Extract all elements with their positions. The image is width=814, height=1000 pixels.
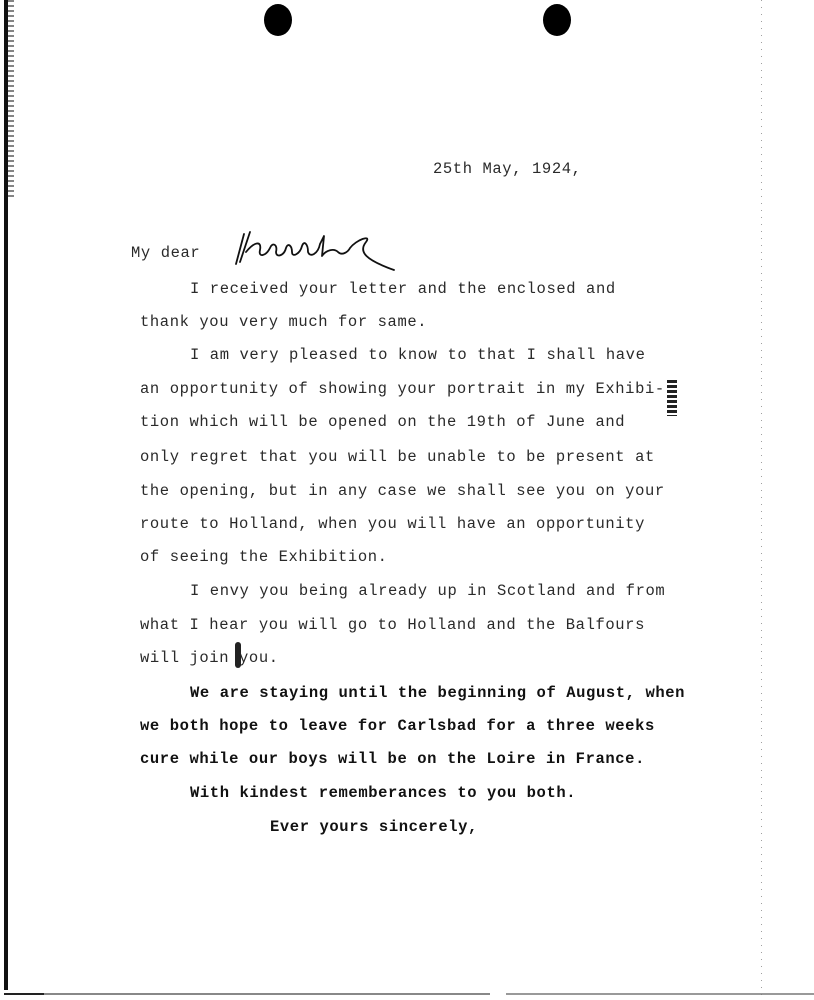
body-line: an opportunity of showing your portrait … <box>140 380 665 398</box>
salutation: My dear <box>131 244 200 262</box>
punch-hole-icon <box>264 4 292 36</box>
body-line: I am very pleased to know to that I shal… <box>190 346 645 364</box>
body-line: we both hope to leave for Carlsbad for a… <box>140 717 655 735</box>
body-line: cure while our boys will be on the Loire… <box>140 750 645 768</box>
letter-page: 25th May, 1924, My dear I received your … <box>0 0 814 1000</box>
body-line: We are staying until the beginning of Au… <box>190 684 685 702</box>
punch-hole-icon <box>543 4 571 36</box>
body-line: route to Holland, when you will have an … <box>140 515 645 533</box>
body-line: I received your letter and the enclosed … <box>190 280 616 298</box>
body-line: the opening, but in any case we shall se… <box>140 482 665 500</box>
body-line: I envy you being already up in Scotland … <box>190 582 665 600</box>
overtype-mark <box>667 380 677 416</box>
page-bottom-edge <box>4 993 814 995</box>
body-line: only regret that you will be unable to b… <box>140 448 655 466</box>
body-line: of seeing the Exhibition. <box>140 548 388 566</box>
letter-date: 25th May, 1924, <box>433 160 582 178</box>
ink-blot <box>235 642 241 668</box>
body-line: will join you. <box>140 649 279 667</box>
handwritten-name <box>226 226 396 276</box>
body-line: what I hear you will go to Holland and t… <box>140 616 645 634</box>
body-line: tion which will be opened on the 19th of… <box>140 413 625 431</box>
margin-dotted-line <box>761 0 762 1000</box>
valediction: Ever yours sincerely, <box>270 818 478 836</box>
closing-line: With kindest rememberances to you both. <box>190 784 576 802</box>
body-line: thank you very much for same. <box>140 313 427 331</box>
page-left-edge-fray <box>8 0 14 200</box>
